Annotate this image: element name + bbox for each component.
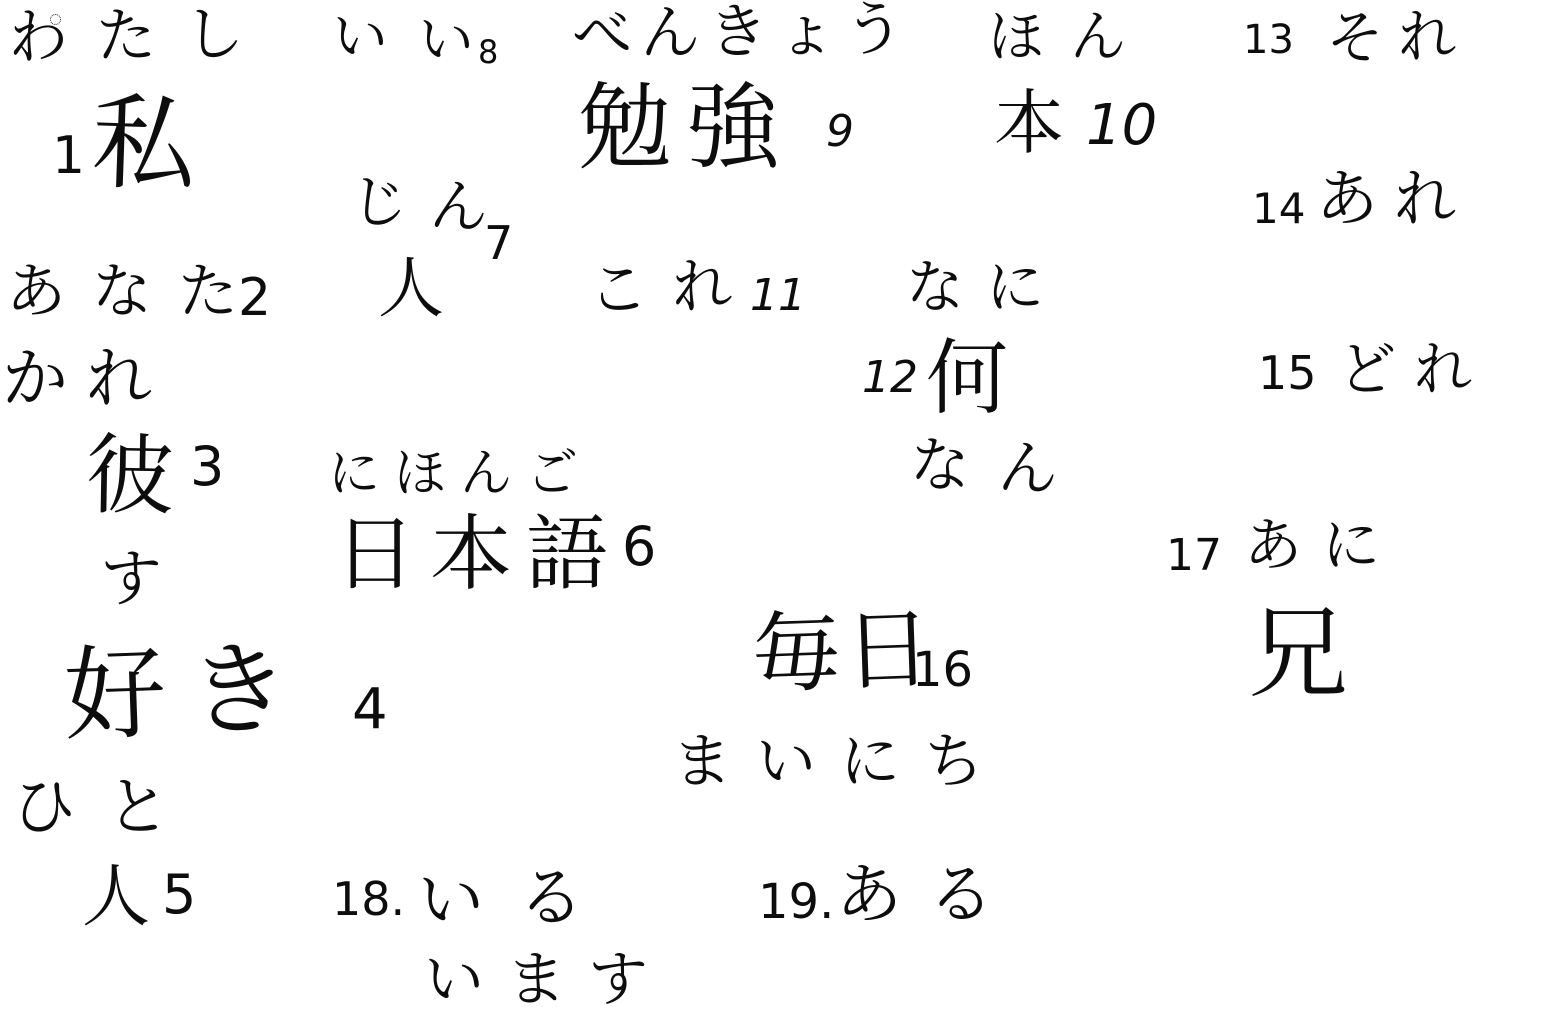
word-benkyou-reading: べんきょう	[572, 0, 913, 65]
word-hito-number: 5	[162, 868, 196, 922]
word-suki-number: 4	[352, 682, 388, 738]
word-are-number: 14	[1252, 188, 1305, 230]
word-watashi-number: 1	[52, 130, 85, 182]
word-sore-number: 13	[1243, 20, 1294, 60]
drawing-canvas[interactable]: わたし 1 私 いい 8 べんきょう 勉強 9 ほん 本 10 13 それ じん…	[0, 0, 1567, 1031]
word-dore-reading: どれ	[1338, 340, 1490, 398]
word-kare-kanji: 彼	[85, 431, 175, 521]
word-iru-polite: います	[424, 950, 670, 1010]
word-ani-number: 17	[1166, 534, 1222, 578]
word-aru-number: 19.	[758, 878, 834, 926]
word-aru-plain: ある	[836, 862, 1020, 928]
word-sore-reading: それ	[1326, 7, 1471, 68]
word-kare-reading: かれ	[2, 346, 170, 412]
word-mainichi-number: 16	[912, 646, 973, 694]
word-iru-number: 18.	[332, 876, 405, 922]
word-hon-number: 10	[1086, 98, 1157, 154]
word-nihongo-number: 6	[622, 520, 656, 574]
word-mainichi-kanji: 毎日	[751, 605, 938, 699]
word-benkyou-kanji: 勉強	[578, 82, 794, 176]
word-benkyou-number: 9	[826, 110, 854, 154]
word-hito-reading: ひと	[12, 776, 200, 840]
word-are-reading: あれ	[1316, 168, 1472, 230]
word-kare-number: 3	[190, 440, 224, 494]
word-nani-reading: なに	[906, 258, 1066, 316]
word-ani-reading: あに	[1244, 516, 1400, 574]
word-anata-reading: あなた	[6, 262, 264, 322]
word-dore-number: 15	[1258, 350, 1317, 396]
word-hon-kanji: 本	[994, 88, 1064, 158]
word-kore-reading: これ	[587, 255, 757, 321]
word-nani-reading2: なん	[909, 435, 1087, 501]
word-jin-kanji: 人	[378, 256, 444, 322]
word-ani-kanji: 兄	[1248, 604, 1348, 704]
word-suki-furigana: す	[100, 548, 162, 610]
word-jin-number: 7	[484, 220, 513, 266]
word-watashi-reading: わたし	[7, 4, 272, 69]
word-hon-reading: ほん	[988, 10, 1152, 66]
word-watashi-kanji: 私	[90, 90, 204, 198]
word-nani-kanji: 何	[926, 338, 1008, 420]
word-suki-kanji: 好き	[62, 638, 313, 749]
word-nani-number: 12	[862, 356, 918, 400]
word-nihongo-kanji: 日本語	[334, 514, 622, 596]
word-iru-plain: いる	[417, 864, 618, 933]
word-ii-number: 8	[478, 36, 498, 68]
word-nihongo-reading: にほんご	[328, 448, 592, 500]
word-mainichi-reading: まいにち	[672, 732, 1008, 792]
word-anata-number: 2	[238, 272, 271, 324]
word-kore-number: 11	[750, 274, 806, 318]
word-hito-kanji: 人	[82, 864, 150, 932]
